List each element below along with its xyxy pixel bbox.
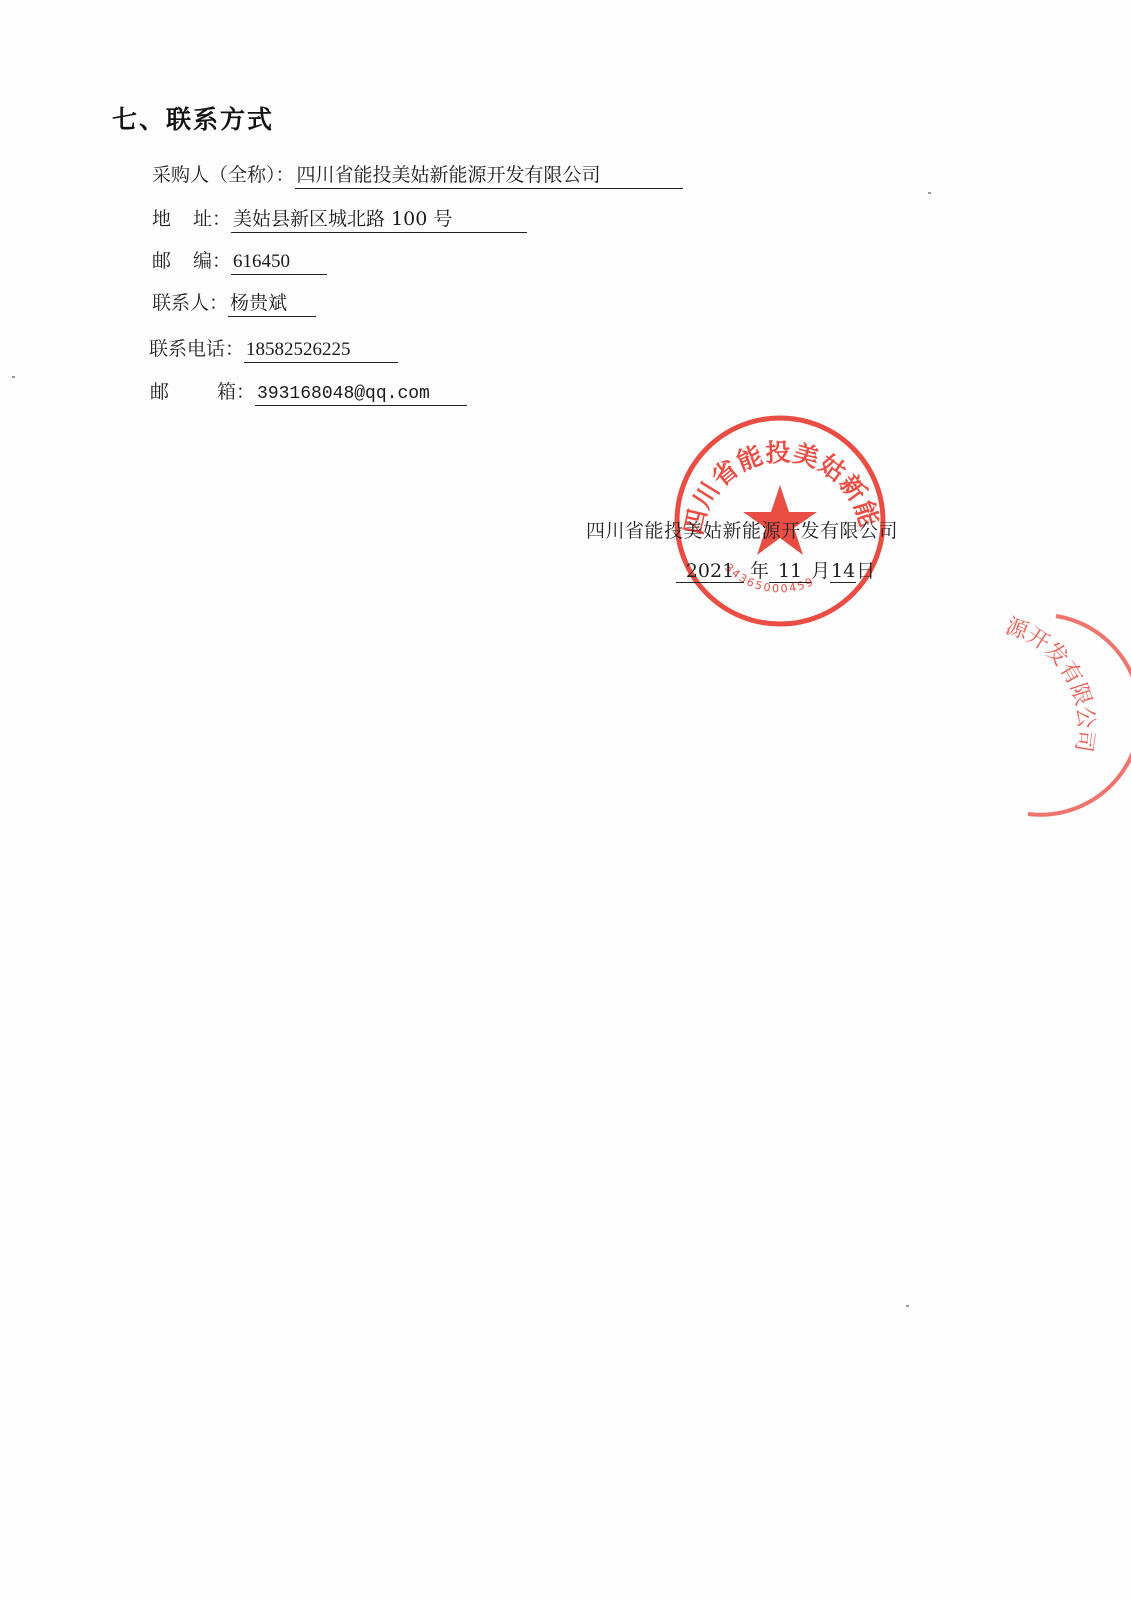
buyer-value: 四川省能投美姑新能源开发有限公司 [295, 160, 683, 189]
email-label-part: 箱： [217, 381, 255, 403]
document-page: 七、联系方式 采购人（全称）：四川省能投美姑新能源开发有限公司 地址：美姑县新区… [0, 0, 1131, 1600]
phone-value: 18582526225 [244, 339, 398, 363]
email-label-part: 邮 [150, 381, 169, 403]
email-field: 邮箱：393168048@qq.com [150, 377, 467, 406]
contact-person-field: 联系人：杨贵斌 [152, 288, 316, 317]
date-year: 2021 [676, 560, 744, 583]
zip-label-part: 邮 [152, 250, 171, 272]
email-value: 393168048@qq.com [255, 384, 467, 406]
zip-field: 邮编：616450 [152, 246, 327, 275]
address-label-part: 址： [193, 208, 231, 230]
signature-date: 2021 年11月14日 [676, 556, 875, 583]
contact-person-value: 杨贵斌 [228, 288, 316, 317]
section-heading: 七、联系方式 [112, 100, 274, 136]
address-field: 地址：美姑县新区城北路 100 号 [152, 204, 527, 233]
buyer-field: 采购人（全称）：四川省能投美姑新能源开发有限公司 [152, 160, 683, 189]
date-month-unit: 月 [811, 560, 830, 582]
zip-value: 616450 [231, 251, 327, 275]
svg-text:源开发有限公司: 源开发有限公司 [1002, 614, 1098, 754]
zip-label-part: 编： [193, 250, 231, 272]
address-label: 地址： [152, 204, 231, 231]
scan-speck [906, 1305, 909, 1307]
zip-label: 邮编： [152, 246, 231, 273]
scan-speck [12, 376, 15, 378]
address-value: 美姑县新区城北路 100 号 [231, 204, 527, 233]
phone-label: 联系电话： [149, 334, 244, 361]
date-day-unit: 日 [856, 560, 875, 582]
signature-company: 四川省能投美姑新能源开发有限公司 [586, 516, 898, 543]
contact-person-label: 联系人： [152, 288, 228, 315]
phone-field: 联系电话：18582526225 [149, 334, 398, 363]
scan-speck [928, 192, 931, 194]
date-month: 11 [769, 560, 811, 583]
partial-seal-icon: 源开发有限公司 [986, 608, 1131, 824]
date-year-unit: 年 [750, 560, 769, 582]
date-day: 14 [830, 560, 856, 583]
email-label: 邮箱： [150, 377, 255, 404]
buyer-label: 采购人（全称）： [152, 160, 295, 187]
address-label-part: 地 [152, 208, 171, 230]
